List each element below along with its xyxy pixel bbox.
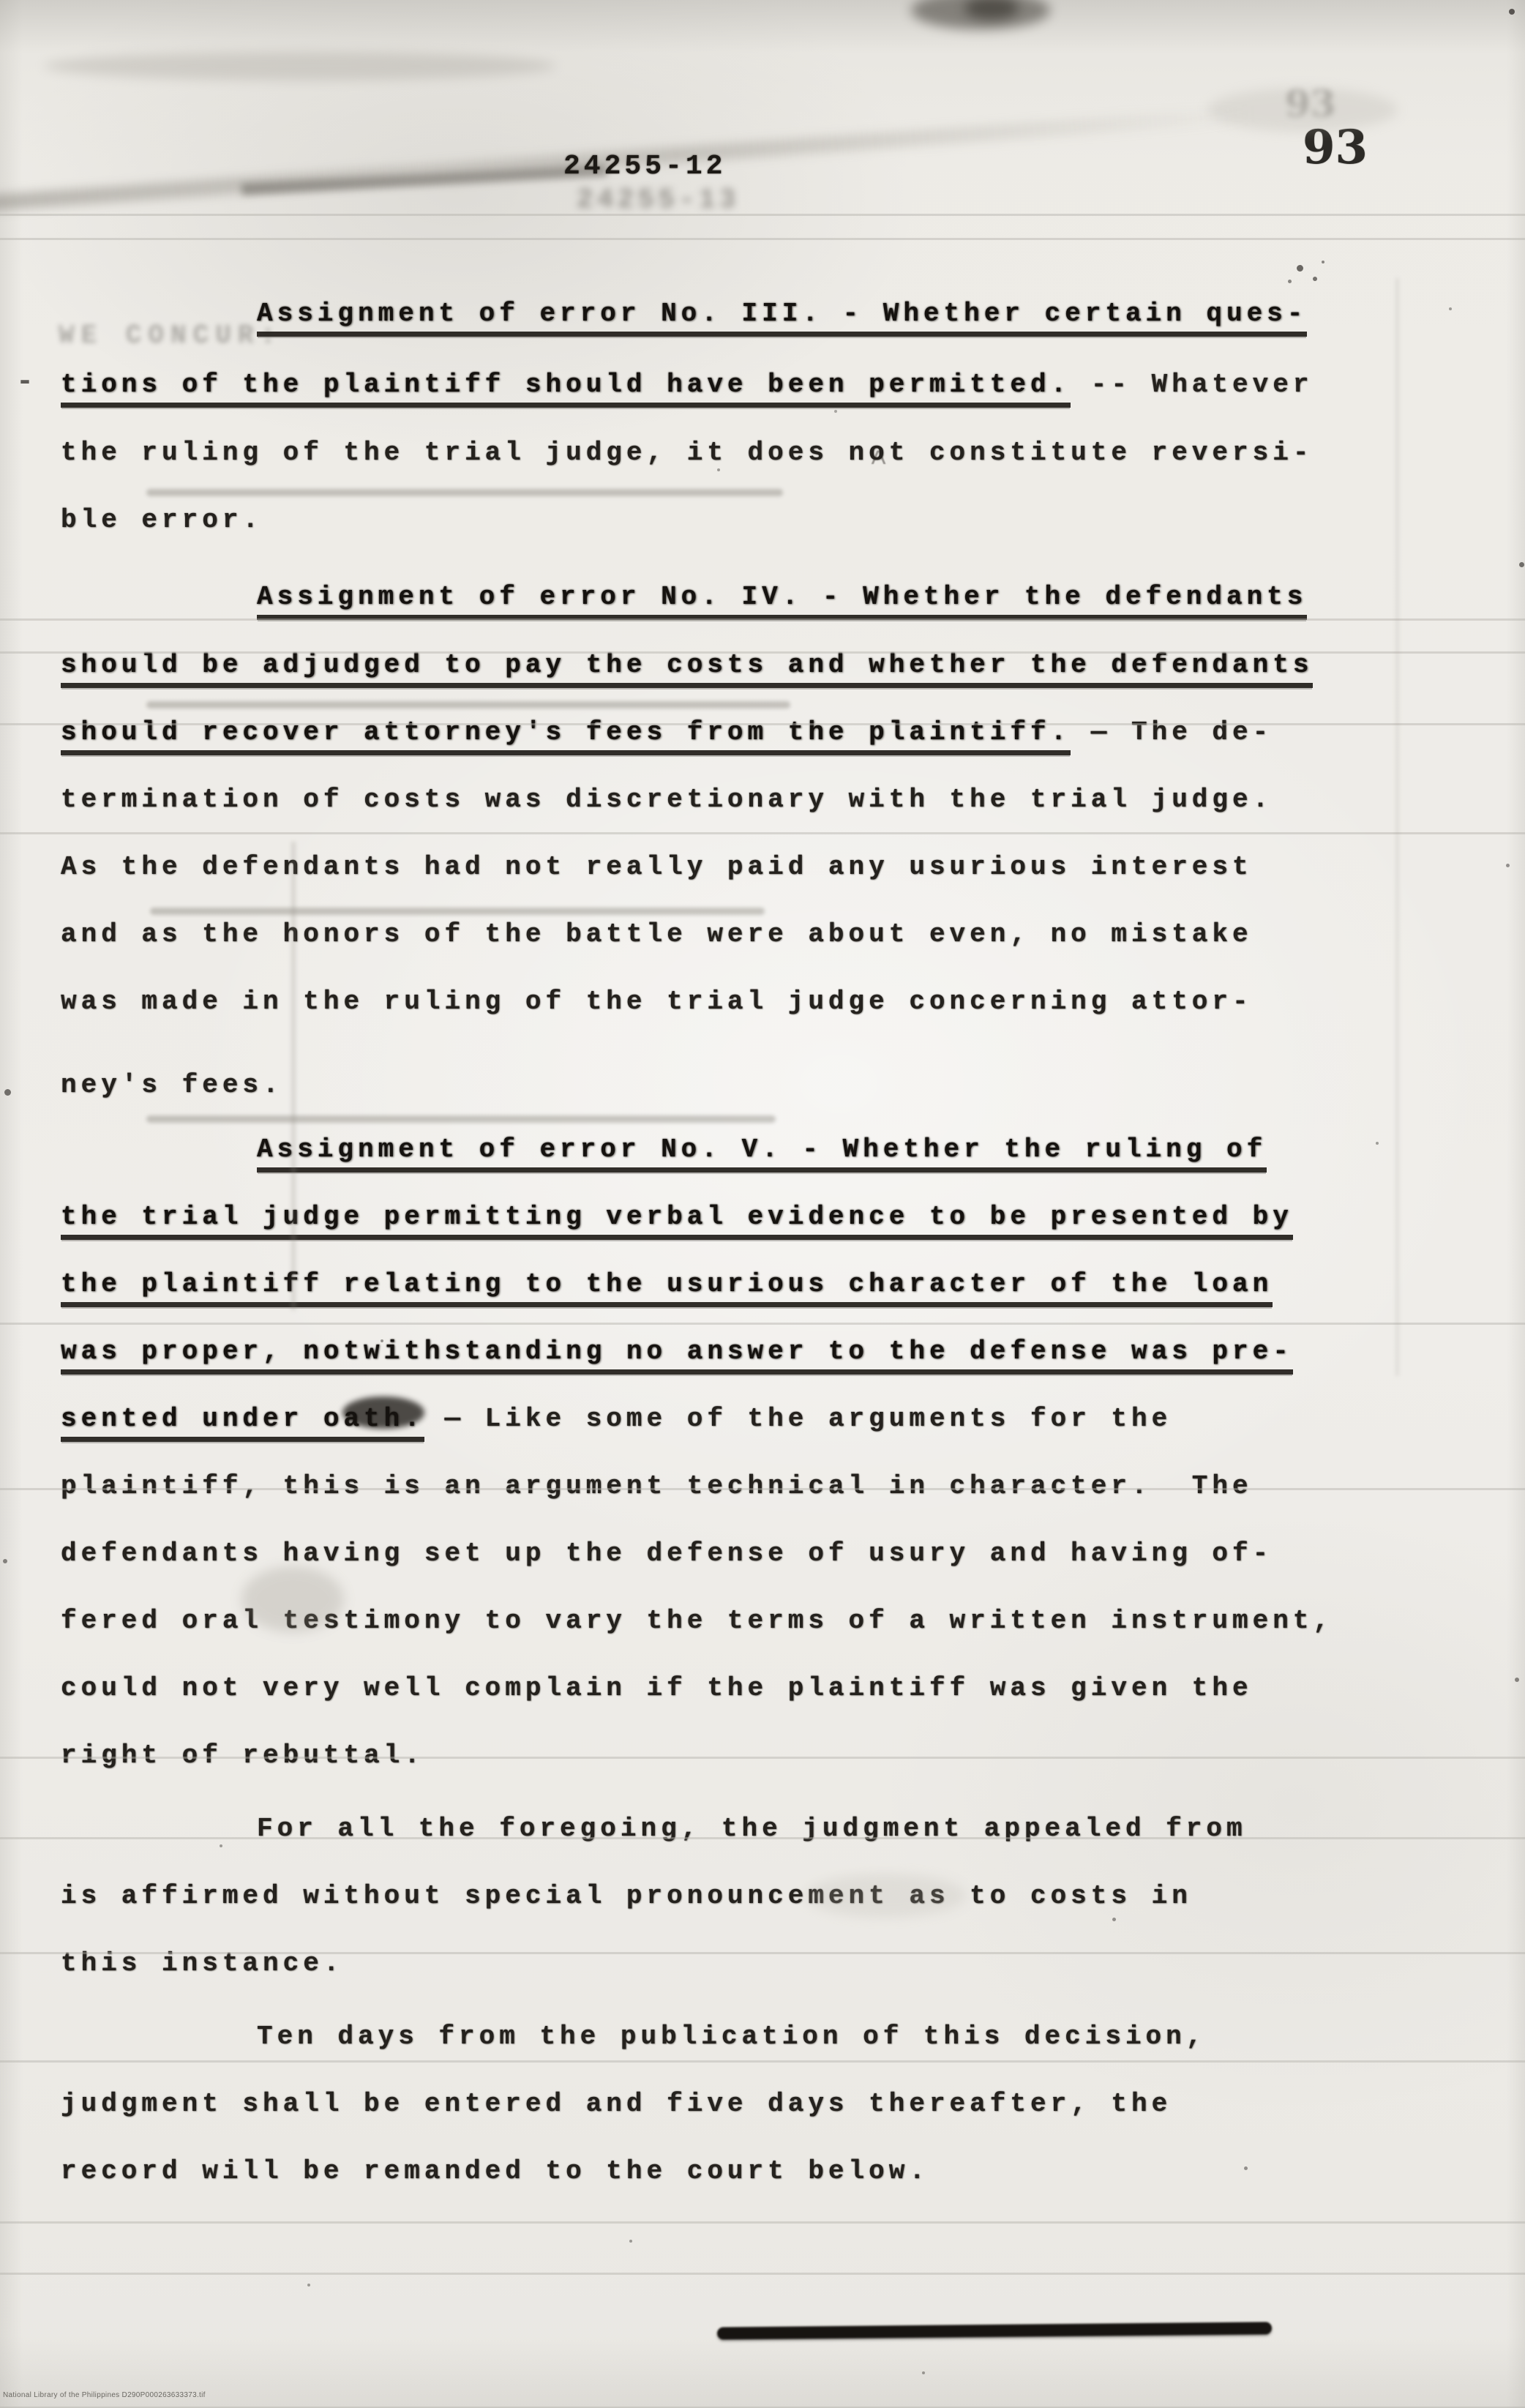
bleed-through-ghost-line	[146, 701, 790, 708]
paper-crease	[1396, 278, 1398, 1376]
scanner-artifact-line	[0, 238, 1525, 240]
text-segment: judgment shall be entered and five days …	[61, 2089, 1172, 2119]
underlined-text-segment: should be adjudged to pay the costs and …	[61, 650, 1313, 688]
underlined-text-segment: tions of the plaintiff should have been …	[61, 370, 1071, 408]
scanner-artifact-line	[0, 214, 1525, 216]
underlined-text-segment: the plaintiff relating to the usurious c…	[61, 1269, 1273, 1307]
ink-speck	[1313, 277, 1317, 281]
bleed-through-ghost-line	[146, 489, 783, 496]
text-segment: is affirmed without special pronouncemen…	[61, 1881, 1192, 1911]
ink-speck	[1515, 1678, 1519, 1682]
ink-speck	[381, 1339, 383, 1342]
text-line: and as the honors of the battle were abo…	[61, 919, 1253, 949]
paper-smudge	[241, 1566, 344, 1632]
text-segment: and as the honors of the battle were abo…	[61, 919, 1253, 949]
scanner-artifact-line	[0, 1488, 1525, 1490]
scanner-artifact-line	[0, 2273, 1525, 2275]
text-line: As the defendants had not really paid an…	[61, 852, 1253, 882]
we-concur-ghost-text: WE CONCUR:	[59, 321, 282, 351]
underlined-text-segment: Assignment of error No. IV. - Whether th…	[257, 582, 1307, 620]
scanner-artifact-line	[0, 1323, 1525, 1325]
underlined-text-segment: Assignment of error No. III. - Whether c…	[257, 299, 1307, 337]
scanner-artifact-line	[0, 1757, 1525, 1759]
ink-speck	[1519, 562, 1524, 567]
document-number: 24255-12	[563, 151, 726, 182]
ink-speck	[1244, 2166, 1248, 2170]
text-segment: ney's fees.	[61, 1070, 283, 1100]
text-line: defendants having set up the defense of …	[61, 1538, 1273, 1568]
underlined-text-segment: was proper, notwithstanding no answer to…	[61, 1336, 1293, 1375]
text-segment: defendants having set up the defense of …	[61, 1538, 1273, 1568]
text-line: tions of the plaintiff should have been …	[61, 370, 1313, 408]
text-line: the plaintiff relating to the usurious c…	[61, 1269, 1273, 1307]
text-line: Assignment of error No. IV. - Whether th…	[257, 582, 1307, 620]
text-line: could not very well complain if the plai…	[61, 1673, 1253, 1703]
text-segment: the ruling of the trial judge, it does n…	[61, 438, 1313, 468]
text-line: Assignment of error No. V. - Whether the…	[257, 1134, 1267, 1173]
text-line: ney's fees.	[61, 1070, 283, 1100]
scanner-artifact-line	[0, 1837, 1525, 1839]
text-line: termination of costs was discretionary w…	[61, 785, 1273, 815]
text-segment: plaintiff, this is an argument technical…	[61, 1471, 1253, 1501]
scanner-artifact-line	[0, 832, 1525, 834]
text-segment: — Like some of the arguments for the	[424, 1404, 1172, 1434]
text-line: right of rebuttal.	[61, 1740, 424, 1771]
bleed-through-ghost-line	[150, 908, 765, 915]
ink-speck	[307, 2284, 310, 2287]
margin-stray-dash: -	[16, 366, 34, 399]
ink-speck	[1297, 265, 1303, 272]
ink-speck	[629, 2240, 632, 2243]
ink-speck	[1449, 307, 1452, 310]
text-line: should be adjudged to pay the costs and …	[61, 650, 1313, 688]
text-segment: ble error.	[61, 505, 263, 535]
scanned-court-document-page: { "page": { "doc_number": "24255-12", "d…	[0, 0, 1525, 2408]
text-segment: -- Whatever	[1071, 370, 1313, 400]
ink-speck	[834, 410, 837, 413]
scanner-artifact-line	[0, 618, 1525, 621]
underlined-text-segment: the trial judge permitting verbal eviden…	[61, 1202, 1293, 1240]
text-segment: record will be remanded to the court bel…	[61, 2156, 929, 2186]
text-line: record will be remanded to the court bel…	[61, 2156, 929, 2186]
ink-speck	[110, 1413, 113, 1416]
text-line: the ruling of the trial judge, it does n…	[61, 438, 1313, 468]
paper-smudge	[44, 51, 556, 81]
text-line: judgment shall be entered and five days …	[61, 2089, 1172, 2119]
paper-smudge	[1207, 88, 1398, 132]
ink-speck	[717, 468, 720, 471]
ink-speck	[1506, 864, 1510, 867]
paper-crease	[291, 842, 296, 1310]
ink-speck	[220, 1844, 222, 1847]
underlined-text-segment: Assignment of error No. V. - Whether the…	[257, 1134, 1267, 1173]
footer-microfilm-label: National Library of the Philippines D290…	[3, 2391, 206, 2399]
ink-speck	[1322, 261, 1324, 263]
text-line: was made in the ruling of the trial judg…	[61, 987, 1253, 1017]
ink-speck	[922, 2371, 925, 2374]
bleed-through-ghost-line	[146, 1115, 776, 1123]
text-line: plaintiff, this is an argument technical…	[61, 1471, 1253, 1501]
text-segment: was made in the ruling of the trial judg…	[61, 987, 1253, 1017]
text-segment: could not very well complain if the plai…	[61, 1673, 1253, 1703]
ink-blot-over-oath	[342, 1396, 424, 1429]
ink-speck	[1288, 280, 1292, 283]
ink-speck	[4, 1089, 11, 1096]
document-number-ghost: 24255-13	[577, 184, 739, 216]
text-line: Ten days from the publication of this de…	[257, 2022, 1206, 2052]
text-line: is affirmed without special pronouncemen…	[61, 1881, 1192, 1911]
scanner-artifact-line	[0, 723, 1525, 725]
text-line: the trial judge permitting verbal eviden…	[61, 1202, 1293, 1240]
scanner-artifact-line	[0, 2221, 1525, 2224]
text-line: Assignment of error No. III. - Whether c…	[257, 299, 1307, 337]
ink-speck	[1112, 1918, 1116, 1921]
text-line: was proper, notwithstanding no answer to…	[61, 1336, 1293, 1375]
text-segment: termination of costs was discretionary w…	[61, 785, 1273, 815]
scanner-artifact-line	[0, 2060, 1525, 2063]
text-segment: As the defendants had not really paid an…	[61, 852, 1253, 882]
scanner-artifact-line	[0, 651, 1525, 654]
scanner-artifact-line	[0, 1952, 1525, 1954]
text-line: ble error.	[61, 505, 263, 535]
paper-smudge	[805, 1874, 966, 1918]
text-segment: Ten days from the publication of this de…	[257, 2022, 1206, 2052]
ink-speck	[3, 1559, 7, 1563]
ink-speck	[1509, 9, 1515, 15]
ink-speck	[1376, 1142, 1379, 1145]
text-line: sented under oath. — Like some of the ar…	[61, 1404, 1172, 1442]
text-segment: right of rebuttal.	[61, 1740, 424, 1771]
text-segment: — The de-	[1071, 717, 1273, 747]
